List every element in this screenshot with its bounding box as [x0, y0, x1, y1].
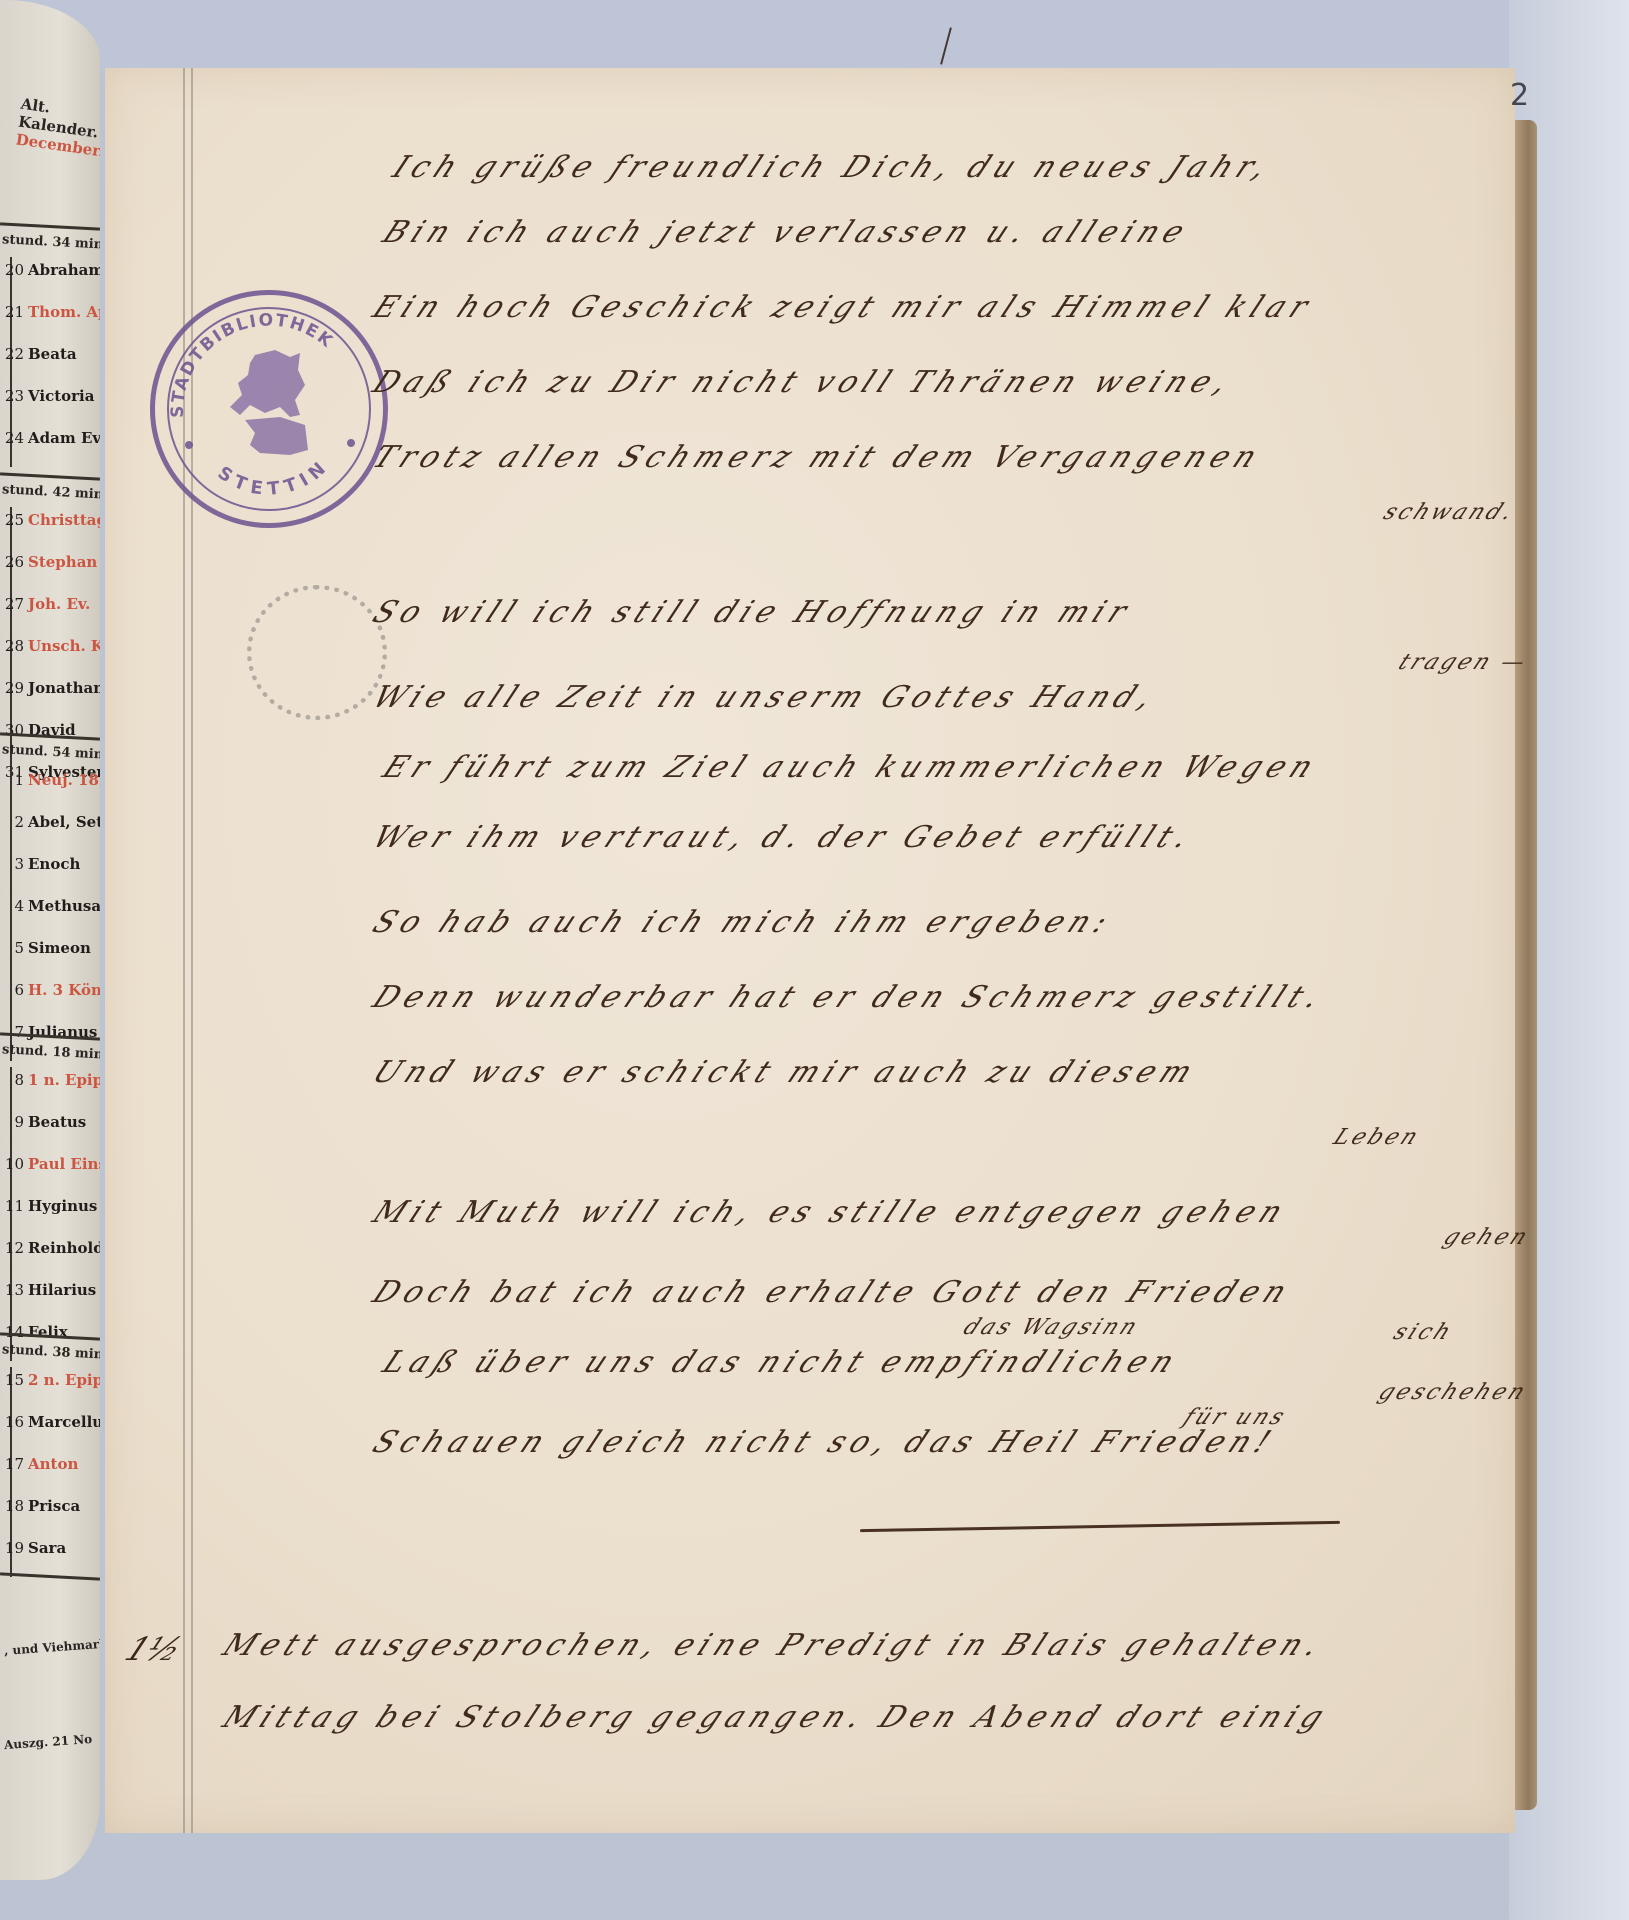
almanac-day-name: Unsch. Kin.: [28, 637, 100, 655]
almanac-day: 19Sara: [2, 1539, 100, 1557]
almanac-day-number: 15: [2, 1371, 24, 1389]
handwritten-line: Trotz allen Schmerz mit dem Vergangenen: [367, 440, 1269, 475]
almanac-day-number: 29: [2, 679, 24, 697]
almanac-day: 21Thom. Ap.: [2, 303, 100, 321]
handwritten-line: Ein hoch Geschick zeigt mir als Himmel k…: [367, 290, 1320, 325]
almanac-day: 152 n. Epiph.: [2, 1371, 100, 1389]
almanac-day-number: 1: [2, 771, 24, 789]
almanac-day: 22Beata: [2, 345, 100, 363]
library-stamp: STADTBIBLIOTHEK STETTIN: [150, 290, 388, 528]
almanac-day-name: Adam Eva: [28, 429, 100, 447]
almanac-footer: , und Viehmarkt: [4, 1636, 100, 1658]
almanac-day-number: 25: [2, 511, 24, 529]
almanac-week-label: stund. 42 min.: [2, 482, 100, 503]
almanac-day-name: 2 n. Epiph.: [28, 1371, 100, 1389]
almanac-day-number: 23: [2, 387, 24, 405]
almanac-day: 27Joh. Ev.: [2, 595, 100, 613]
almanac-day: 6H. 3 Kön.: [2, 981, 100, 999]
almanac-day: 24Adam Eva: [2, 429, 100, 447]
almanac-day: 13Hilarius: [2, 1281, 100, 1299]
almanac-week-label: stund. 34 min.: [2, 232, 100, 253]
handwritten-line: Daß ich zu Dir nicht voll Thränen weine,: [367, 365, 1240, 400]
almanac-day: 5Simeon: [2, 939, 100, 957]
almanac-day: 17Anton: [2, 1455, 100, 1473]
griffin-emblem-icon: [220, 345, 320, 465]
almanac-day-name: Methusal.: [28, 897, 100, 915]
handwritten-line: Er führt zum Ziel auch kummerlichen Wege…: [377, 750, 1325, 785]
faint-stamp: [247, 585, 387, 720]
almanac-day-name: Beata: [28, 345, 77, 363]
almanac-page: Alt. Kalender. December. stund. 34 min.2…: [0, 0, 100, 1880]
almanac-day-number: 12: [2, 1239, 24, 1257]
almanac-day-number: 24: [2, 429, 24, 447]
almanac-day-number: 10: [2, 1155, 24, 1173]
handwritten-line: Denn wunderbar hat er den Schmerz gestil…: [367, 980, 1331, 1015]
handwritten-line: Schauen gleich nicht so, das Heil Friede…: [367, 1425, 1282, 1460]
almanac-day: 3Enoch: [2, 855, 100, 873]
handwritten-line: Laß über uns das nicht empfindlichen: [377, 1345, 1186, 1380]
almanac-day: 25Christtag: [2, 511, 100, 529]
handwritten-insertion: gehen: [1439, 1225, 1534, 1250]
almanac-day: 29Jonathan: [2, 679, 100, 697]
almanac-day-name: 1 n. Epiph.: [28, 1071, 100, 1089]
almanac-day-number: 11: [2, 1197, 24, 1215]
almanac-day-number: 22: [2, 345, 24, 363]
almanac-day-name: Sara: [28, 1539, 66, 1557]
almanac-day-number: 28: [2, 637, 24, 655]
almanac-day-name: Paul Eins.: [28, 1155, 100, 1173]
almanac-footer: Auszg. 21 No: [4, 1732, 93, 1752]
almanac-day: 28Unsch. Kin.: [2, 637, 100, 655]
almanac-day-name: Joh. Ev.: [28, 595, 90, 613]
handwritten-line: Ich grüße freundlich Dich, du neues Jahr…: [387, 150, 1279, 185]
almanac-day: 12Reinhold: [2, 1239, 100, 1257]
almanac-week-label: stund. 18 min.: [2, 1042, 100, 1063]
handwritten-line: Doch bat ich auch erhalte Gott den Fried…: [367, 1275, 1298, 1310]
almanac-day-number: 9: [2, 1113, 24, 1131]
almanac-day-number: 16: [2, 1413, 24, 1431]
almanac-day-name: Victoria: [28, 387, 94, 405]
almanac-day-name: Jonathan: [28, 679, 100, 697]
almanac-day-number: 6: [2, 981, 24, 999]
almanac-day-name: Thom. Ap.: [28, 303, 100, 321]
almanac-rule: [0, 222, 100, 230]
almanac-day-name: Reinhold: [28, 1239, 100, 1257]
handwritten-line: Wie alle Zeit in unserm Gottes Hand,: [367, 680, 1164, 715]
almanac-day-name: Christtag: [28, 511, 100, 529]
almanac-day-number: 8: [2, 1071, 24, 1089]
almanac-title: Alt. Kalender. December.: [15, 95, 100, 160]
almanac-day-number: 5: [2, 939, 24, 957]
almanac-day-number: 2: [2, 813, 24, 831]
almanac-day-number: 3: [2, 855, 24, 873]
almanac-day-number: 4: [2, 897, 24, 915]
almanac-day: 16Marcellus: [2, 1413, 100, 1431]
handwritten-insertion: das Wagsinn: [959, 1315, 1144, 1340]
almanac-day-name: Neuj. 1822: [28, 771, 100, 789]
almanac-rule: [0, 472, 100, 480]
almanac-day-number: 20: [2, 261, 24, 279]
handwritten-insertion: geschehen: [1374, 1380, 1532, 1405]
almanac-day-number: 26: [2, 553, 24, 571]
handwritten-line: Bin ich auch jetzt verlassen u. alleine: [377, 215, 1196, 250]
almanac-rule: [0, 1572, 100, 1580]
almanac-day-number: 21: [2, 303, 24, 321]
handwritten-insertion: sich: [1389, 1320, 1457, 1345]
almanac-day-name: H. 3 Kön.: [28, 981, 100, 999]
handwritten-line: Und was er schickt mir auch zu diesem: [367, 1055, 1204, 1090]
almanac-week-label: stund. 54 min.: [2, 742, 100, 763]
almanac-day: 9Beatus: [2, 1113, 100, 1131]
almanac-day-number: 18: [2, 1497, 24, 1515]
handwritten-insertion: schwand.: [1379, 500, 1520, 525]
almanac-day: 81 n. Epiph.: [2, 1071, 100, 1089]
almanac-day-name: Beatus: [28, 1113, 86, 1131]
handwritten-line: Wer ihm vertraut, d. der Gebet erfüllt.: [367, 820, 1201, 855]
almanac-day-name: Stephan: [28, 553, 97, 571]
handwritten-line: So will ich still die Hoffnung in mir: [367, 595, 1139, 630]
almanac-day: 11Hyginus: [2, 1197, 100, 1215]
almanac-day: 10Paul Eins.: [2, 1155, 100, 1173]
almanac-day: 23Victoria: [2, 387, 100, 405]
almanac-day: 20Abraham: [2, 261, 100, 279]
almanac-day-name: Hyginus: [28, 1197, 97, 1215]
almanac-day-name: Simeon: [28, 939, 91, 957]
handwritten-line: So hab auch ich mich ihm ergeben:: [367, 905, 1120, 940]
almanac-day-number: 19: [2, 1539, 24, 1557]
almanac-day-name: Abel, Set: [28, 813, 100, 831]
handwritten-insertion: für uns: [1179, 1405, 1291, 1430]
almanac-day-name: Enoch: [28, 855, 80, 873]
almanac-day-number: 27: [2, 595, 24, 613]
almanac-day-name: Marcellus: [28, 1413, 100, 1431]
background: [0, 0, 1629, 70]
almanac-day-number: 17: [2, 1455, 24, 1473]
almanac-day-name: Anton: [28, 1455, 78, 1473]
handwritten-line: Mett ausgesprochen, eine Predigt in Blai…: [217, 1628, 1331, 1663]
almanac-week-label: stund. 38 min.: [2, 1342, 100, 1363]
almanac-day: 26Stephan: [2, 553, 100, 571]
handwritten-insertion: Leben: [1329, 1125, 1425, 1150]
almanac-day-name: Prisca: [28, 1497, 80, 1515]
handwritten-line: Mit Muth will ich, es stille entgegen ge…: [367, 1195, 1294, 1230]
almanac-day-number: 13: [2, 1281, 24, 1299]
almanac-day: 2Abel, Set: [2, 813, 100, 831]
almanac-day-name: Hilarius: [28, 1281, 96, 1299]
page-edge: [1515, 120, 1537, 1810]
almanac-day-name: Abraham: [28, 261, 100, 279]
almanac-day: 1Neuj. 1822: [2, 771, 100, 789]
almanac-day: 4Methusal.: [2, 897, 100, 915]
almanac-day: 18Prisca: [2, 1497, 100, 1515]
handwritten-insertion: tragen —: [1394, 650, 1532, 675]
page-number: 2: [1510, 78, 1529, 113]
handwritten-line: Mittag bei Stolberg gegangen. Den Abend …: [217, 1700, 1336, 1735]
